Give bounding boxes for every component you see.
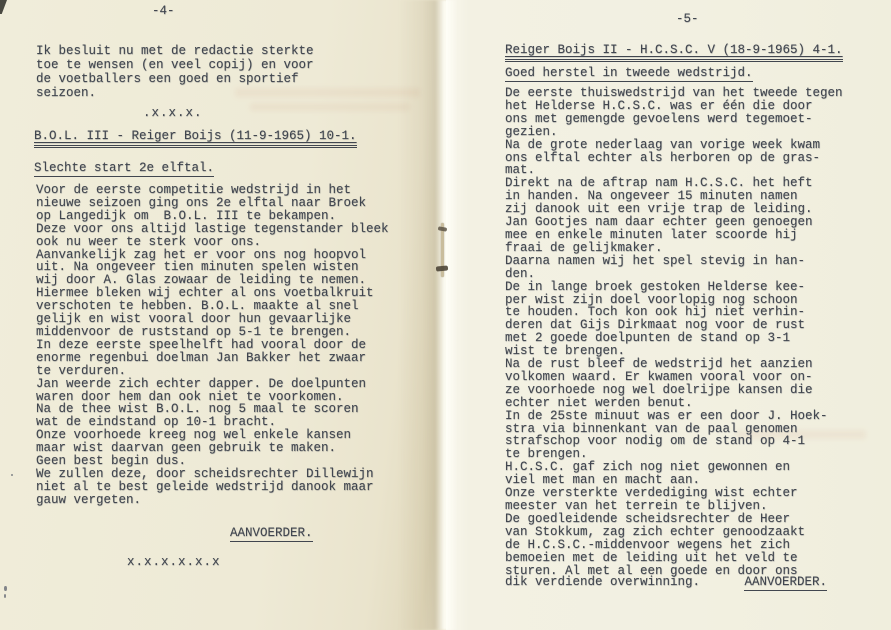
page-number-left: -4-: [152, 5, 175, 18]
match-title-left: B.O.L. III - Reiger Boijs (11-9-1965) 10…: [34, 130, 357, 148]
match-report-right: De eerste thuiswedstrijd van het tweede …: [505, 87, 843, 577]
closing-line-text: dik verdiende overwinning.: [505, 576, 700, 589]
ink-speck: [4, 594, 6, 598]
match-subtitle-left-text: Slechte start 2e elftal.: [34, 162, 214, 177]
newsletter-scan: -4- Ik besluit nu met de redactie sterkt…: [0, 0, 891, 630]
ink-speck: [4, 586, 7, 591]
report-closing-row: dik verdiende overwinning. AANVOERDER.: [505, 576, 827, 591]
section-separator: .x.x.x.: [143, 107, 203, 120]
match-title-right: Reiger Boijs II - H.C.S.C. V (18-9-1965)…: [505, 44, 843, 62]
signature-left-text: AANVOERDER.: [230, 527, 313, 542]
match-subtitle-right: Goed herstel in tweede wedstrijd.: [505, 67, 753, 82]
page-number-right: -5-: [676, 13, 699, 26]
intro-paragraph: Ik besluit nu met de redactie sterkte to…: [36, 44, 314, 100]
match-subtitle-right-text: Goed herstel in tweede wedstrijd.: [505, 67, 753, 82]
scan-corner-mark: [0, 0, 7, 14]
match-title-right-text: Reiger Boijs II - H.C.S.C. V (18-9-1965)…: [505, 44, 843, 62]
match-report-left: Voor de eerste competitie wedstrijd in h…: [36, 184, 389, 507]
ink-bleed-through: [250, 103, 410, 111]
section-separator: x.x.x.x.x.x: [127, 556, 221, 569]
ink-speck: [11, 474, 13, 476]
signature-left: AANVOERDER.: [230, 527, 313, 542]
match-title-left-text: B.O.L. III - Reiger Boijs (11-9-1965) 10…: [34, 130, 357, 148]
match-subtitle-left: Slechte start 2e elftal.: [34, 162, 214, 177]
signature-right-text: AANVOERDER.: [744, 576, 827, 591]
